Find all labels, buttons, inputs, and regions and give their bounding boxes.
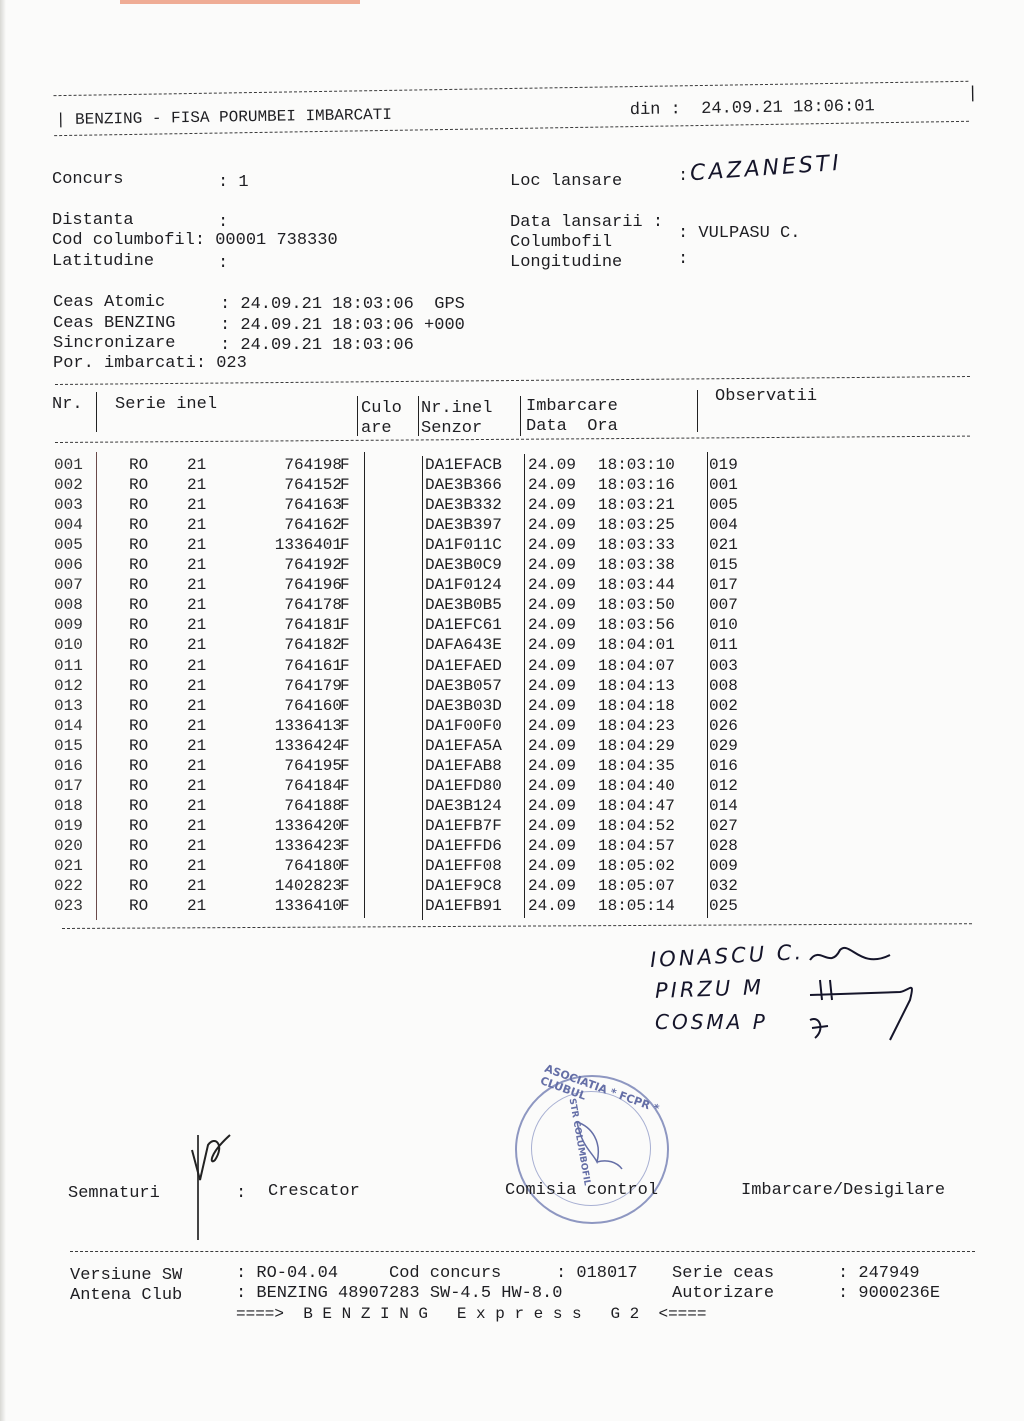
- row-senzor: DA1EF9C8: [425, 876, 502, 896]
- row-senzor: DA1EFC61: [425, 615, 502, 635]
- info-loc-lansare-sep: :: [678, 167, 688, 187]
- row-numar: 1336424: [232, 736, 342, 756]
- row-ora: 18:04:29: [598, 736, 675, 756]
- row-senzor: DAE3B0B5: [425, 595, 502, 615]
- row-nr: 015: [54, 736, 83, 756]
- row-sex: F: [340, 876, 350, 896]
- row-sex: F: [340, 635, 350, 655]
- info-data-lansarii: Data lansarii :: [510, 213, 663, 233]
- info-columbofil: Columbofil: [510, 233, 612, 253]
- signature-scribbles-icon: [800, 940, 960, 1050]
- row-tara: RO: [129, 575, 148, 595]
- row-sex: F: [340, 796, 350, 816]
- row-tara: RO: [129, 515, 148, 535]
- signature-crescator: Crescator: [268, 1182, 360, 1202]
- row-an: 21: [187, 876, 206, 896]
- row-sex: F: [340, 495, 350, 515]
- row-nr: 017: [54, 776, 83, 796]
- row-nr: 001: [54, 455, 83, 475]
- row-tara: RO: [129, 876, 148, 896]
- row-tara: RO: [129, 595, 148, 615]
- clock-benzing: Ceas BENZING: [53, 314, 175, 334]
- row-obs: 029: [709, 736, 738, 756]
- footer-serie-ceas-label: Serie ceas: [672, 1264, 774, 1284]
- row-data: 24.09: [528, 696, 576, 716]
- row-an: 21: [187, 475, 206, 495]
- row-ora: 18:04:07: [598, 656, 675, 676]
- row-an: 21: [187, 716, 206, 736]
- footer-versiune-label: Versiune SW: [70, 1266, 182, 1286]
- row-sex: F: [340, 595, 350, 615]
- row-sex: F: [340, 555, 350, 575]
- row-sex: F: [340, 896, 350, 916]
- clock-benzing-value: : 24.09.21 18:03:06 +000: [220, 316, 465, 336]
- footer-versiune-value: : RO-04.04: [236, 1264, 338, 1284]
- col-sep: [364, 452, 365, 918]
- row-an: 21: [187, 816, 206, 836]
- row-an: 21: [187, 555, 206, 575]
- col-imbarcare-1: Imbarcare: [526, 397, 618, 417]
- header-top-rule: [54, 81, 969, 96]
- row-numar: 764178: [232, 595, 342, 615]
- row-sex: F: [340, 575, 350, 595]
- info-loc-lansare: Loc lansare: [510, 172, 622, 192]
- row-data: 24.09: [528, 595, 576, 615]
- row-tara: RO: [129, 676, 148, 696]
- row-numar: 764162: [232, 515, 342, 535]
- col-sep: [520, 396, 521, 436]
- row-obs: 008: [709, 676, 738, 696]
- row-numar: 764188: [232, 796, 342, 816]
- row-senzor: DAE3B397: [425, 515, 502, 535]
- col-culoare-1: Culo: [361, 399, 402, 419]
- row-an: 21: [187, 595, 206, 615]
- footer-cod-concurs-label: Cod concurs: [389, 1264, 501, 1284]
- row-numar: 764182: [232, 635, 342, 655]
- row-nr: 019: [54, 816, 83, 836]
- row-obs: 017: [709, 575, 738, 595]
- row-ora: 18:04:47: [598, 796, 675, 816]
- row-tara: RO: [129, 475, 148, 495]
- row-an: 21: [187, 535, 206, 555]
- row-ora: 18:03:10: [598, 455, 675, 475]
- row-tara: RO: [129, 896, 148, 916]
- row-numar: 1336401: [232, 535, 342, 555]
- row-ora: 18:04:01: [598, 635, 675, 655]
- row-an: 21: [187, 836, 206, 856]
- row-tara: RO: [129, 736, 148, 756]
- row-tara: RO: [129, 656, 148, 676]
- info-loc-lansare-value: CAZANESTI: [689, 151, 842, 187]
- row-an: 21: [187, 575, 206, 595]
- table-header-rule: [55, 436, 970, 443]
- row-ora: 18:03:21: [598, 495, 675, 515]
- row-nr: 022: [54, 876, 83, 896]
- row-nr: 009: [54, 615, 83, 635]
- row-senzor: DAE3B332: [425, 495, 502, 515]
- row-ora: 18:05:07: [598, 876, 675, 896]
- row-an: 21: [187, 796, 206, 816]
- row-tara: RO: [129, 856, 148, 876]
- row-numar: 764184: [232, 776, 342, 796]
- stamp-seal: ASOCIATIA * FCPR * CLUBUL STR COLUMBOFIL: [515, 1075, 669, 1224]
- footer-antena-label: Antena Club: [70, 1286, 182, 1306]
- row-nr: 002: [54, 475, 83, 495]
- row-numar: 764192: [232, 555, 342, 575]
- info-concurs: Concurs: [52, 170, 123, 190]
- row-numar: 764179: [232, 676, 342, 696]
- row-senzor: DA1EFB7F: [425, 816, 502, 836]
- paper-left-edge: [0, 0, 6, 1421]
- row-an: 21: [187, 776, 206, 796]
- row-sex: F: [340, 475, 350, 495]
- row-an: 21: [187, 896, 206, 916]
- row-sex: F: [340, 736, 350, 756]
- row-sex: F: [340, 656, 350, 676]
- pigeon-icon: [567, 1117, 627, 1177]
- row-an: 21: [187, 856, 206, 876]
- row-data: 24.09: [528, 615, 576, 635]
- row-obs: 005: [709, 495, 738, 515]
- row-obs: 019: [709, 455, 738, 475]
- row-nr: 018: [54, 796, 83, 816]
- row-nr: 008: [54, 595, 83, 615]
- row-data: 24.09: [528, 656, 576, 676]
- row-data: 24.09: [528, 836, 576, 856]
- row-data: 24.09: [528, 796, 576, 816]
- row-obs: 028: [709, 836, 738, 856]
- row-obs: 011: [709, 635, 738, 655]
- row-nr: 003: [54, 495, 83, 515]
- row-data: 24.09: [528, 856, 576, 876]
- info-longitudine-sep: :: [678, 250, 688, 270]
- row-an: 21: [187, 676, 206, 696]
- row-senzor: DA1F00F0: [425, 716, 502, 736]
- row-numar: 1336420: [232, 816, 342, 836]
- row-ora: 18:04:23: [598, 716, 675, 736]
- row-nr: 021: [54, 856, 83, 876]
- signature-comisia-control: Comisia control: [505, 1181, 658, 1201]
- row-ora: 18:05:02: [598, 856, 675, 876]
- row-sex: F: [340, 836, 350, 856]
- row-tara: RO: [129, 716, 148, 736]
- col-culoare-2: are: [361, 419, 392, 439]
- row-obs: 016: [709, 756, 738, 776]
- clock-sincronizare-value: : 24.09.21 18:03:06: [220, 336, 414, 356]
- row-numar: 764163: [232, 495, 342, 515]
- row-numar: 1336423: [232, 836, 342, 856]
- row-an: 21: [187, 495, 206, 515]
- row-senzor: DA1EFD80: [425, 776, 502, 796]
- row-sex: F: [340, 816, 350, 836]
- row-nr: 013: [54, 696, 83, 716]
- col-sep: [422, 456, 423, 920]
- row-ora: 18:04:52: [598, 816, 675, 836]
- row-ora: 18:03:44: [598, 575, 675, 595]
- col-sep: [707, 452, 708, 918]
- row-tara: RO: [129, 836, 148, 856]
- row-nr: 014: [54, 716, 83, 736]
- row-tara: RO: [129, 455, 148, 475]
- row-nr: 007: [54, 575, 83, 595]
- clock-sincronizare: Sincronizare: [53, 334, 175, 354]
- row-obs: 001: [709, 475, 738, 495]
- row-sex: F: [340, 716, 350, 736]
- info-latitudine: Latitudine: [52, 252, 154, 272]
- row-nr: 010: [54, 635, 83, 655]
- commission-name-1: IONASCU C.: [649, 940, 804, 972]
- row-sex: F: [340, 615, 350, 635]
- row-data: 24.09: [528, 896, 576, 916]
- info-distanta-sep: :: [218, 213, 228, 233]
- row-obs: 025: [709, 896, 738, 916]
- col-sep: [524, 454, 525, 918]
- row-senzor: DAE3B057: [425, 676, 502, 696]
- din-value: 24.09.21 18:06:01: [701, 97, 875, 119]
- row-tara: RO: [129, 816, 148, 836]
- row-obs: 032: [709, 876, 738, 896]
- footer-brand-line: ====> B E N Z I N G E x p r e s s G 2 <=…: [236, 1304, 706, 1324]
- row-tara: RO: [129, 495, 148, 515]
- row-numar: 764152: [232, 475, 342, 495]
- row-tara: RO: [129, 535, 148, 555]
- row-obs: 009: [709, 856, 738, 876]
- row-nr: 011: [54, 656, 83, 676]
- header-title-text: BENZING - FISA PORUMBEI IMBARCATI: [75, 106, 392, 129]
- row-tara: RO: [129, 796, 148, 816]
- row-an: 21: [187, 696, 206, 716]
- commission-name-3: COSMA P: [655, 1010, 768, 1034]
- row-sex: F: [340, 515, 350, 535]
- header-din: din : 24.09.21 18:06:01: [630, 97, 875, 121]
- row-senzor: DAE3B366: [425, 475, 502, 495]
- row-senzor: DAE3B03D: [425, 696, 502, 716]
- row-numar: 1402823: [232, 876, 342, 896]
- col-nr: Nr.: [52, 395, 83, 415]
- footer-autorizare-label: Autorizare: [672, 1284, 774, 1304]
- row-sex: F: [340, 696, 350, 716]
- row-numar: 764181: [232, 615, 342, 635]
- row-data: 24.09: [528, 736, 576, 756]
- row-numar: 764196: [232, 575, 342, 595]
- row-senzor: DA1EFFD6: [425, 836, 502, 856]
- col-imbarcare-2: Data Ora: [526, 417, 618, 437]
- row-senzor: DA1EFAB8: [425, 756, 502, 776]
- row-sex: F: [340, 676, 350, 696]
- row-senzor: DAFA643E: [425, 635, 502, 655]
- row-senzor: DA1EFAED: [425, 656, 502, 676]
- row-ora: 18:04:18: [598, 696, 675, 716]
- row-obs: 003: [709, 656, 738, 676]
- row-senzor: DAE3B124: [425, 796, 502, 816]
- col-sep: [96, 452, 97, 920]
- row-senzor: DAE3B0C9: [425, 555, 502, 575]
- row-tara: RO: [129, 756, 148, 776]
- row-obs: 014: [709, 796, 738, 816]
- row-ora: 18:03:33: [598, 535, 675, 555]
- row-ora: 18:04:40: [598, 776, 675, 796]
- row-obs: 026: [709, 716, 738, 736]
- row-nr: 020: [54, 836, 83, 856]
- col-senzor-2: Senzor: [421, 419, 482, 439]
- info-columbofil-value: : VULPASU C.: [678, 224, 800, 244]
- row-sex: F: [340, 756, 350, 776]
- row-nr: 004: [54, 515, 83, 535]
- row-sex: F: [340, 535, 350, 555]
- col-observatii: Observatii: [715, 387, 817, 407]
- row-senzor: DA1EFB91: [425, 896, 502, 916]
- row-numar: 1336410: [232, 896, 342, 916]
- table-top-rule: [55, 376, 970, 385]
- footer-cod-concurs-value: : 018017: [556, 1264, 638, 1284]
- row-an: 21: [187, 736, 206, 756]
- row-data: 24.09: [528, 555, 576, 575]
- col-serie-inel: Serie inel: [115, 395, 217, 415]
- row-numar: 1336413: [232, 716, 342, 736]
- row-sex: F: [340, 455, 350, 475]
- footer-serie-ceas-value: : 247949: [838, 1264, 920, 1284]
- row-an: 21: [187, 635, 206, 655]
- row-senzor: DA1EFACB: [425, 455, 502, 475]
- signature-imbarcare-desigilare: Imbarcare/Desigilare: [741, 1181, 945, 1201]
- row-ora: 18:04:13: [598, 676, 675, 696]
- row-ora: 18:04:35: [598, 756, 675, 776]
- row-nr: 012: [54, 676, 83, 696]
- col-sep: [697, 390, 698, 432]
- row-data: 24.09: [528, 475, 576, 495]
- row-senzor: DA1EFA5A: [425, 736, 502, 756]
- row-data: 24.09: [528, 515, 576, 535]
- row-obs: 012: [709, 776, 738, 796]
- row-tara: RO: [129, 615, 148, 635]
- row-data: 24.09: [528, 495, 576, 515]
- col-sep: [96, 392, 97, 432]
- row-an: 21: [187, 756, 206, 776]
- row-obs: 002: [709, 696, 738, 716]
- row-nr: 016: [54, 756, 83, 776]
- row-nr: 006: [54, 555, 83, 575]
- paper-edge-band: [120, 0, 360, 4]
- col-sep: [357, 396, 358, 436]
- row-data: 24.09: [528, 756, 576, 776]
- row-sex: F: [340, 856, 350, 876]
- row-tara: RO: [129, 635, 148, 655]
- col-sep: [418, 396, 419, 436]
- row-numar: 764195: [232, 756, 342, 776]
- row-ora: 18:03:25: [598, 515, 675, 535]
- row-nr: 023: [54, 896, 83, 916]
- row-ora: 18:03:50: [598, 595, 675, 615]
- row-tara: RO: [129, 696, 148, 716]
- info-longitudine: Longitudine: [510, 253, 622, 273]
- header-right-bar: |: [967, 85, 978, 105]
- row-ora: 18:04:57: [598, 836, 675, 856]
- info-cod-columbofil: Cod columbofil: 00001 738330: [52, 231, 338, 251]
- row-senzor: DA1EFF08: [425, 856, 502, 876]
- signatures-sep: :: [236, 1184, 246, 1204]
- row-ora: 18:05:14: [598, 896, 675, 916]
- row-data: 24.09: [528, 876, 576, 896]
- row-an: 21: [187, 656, 206, 676]
- row-data: 24.09: [528, 716, 576, 736]
- row-data: 24.09: [528, 455, 576, 475]
- row-sex: F: [340, 776, 350, 796]
- row-ora: 18:03:16: [598, 475, 675, 495]
- commission-name-2: PIRZU M: [655, 975, 765, 1003]
- row-numar: 764180: [232, 856, 342, 876]
- din-label: din :: [630, 100, 681, 120]
- row-senzor: DA1F0124: [425, 575, 502, 595]
- footer-antena-value: : BENZING 48907283 SW-4.5 HW-8.0: [236, 1284, 562, 1304]
- clock-atomic: Ceas Atomic: [53, 293, 165, 313]
- info-distanta: Distanta: [52, 211, 134, 231]
- signatures-label: Semnaturi: [68, 1184, 160, 1204]
- row-data: 24.09: [528, 816, 576, 836]
- row-data: 24.09: [528, 635, 576, 655]
- row-an: 21: [187, 615, 206, 635]
- row-data: 24.09: [528, 535, 576, 555]
- row-data: 24.09: [528, 575, 576, 595]
- row-data: 24.09: [528, 676, 576, 696]
- row-an: 21: [187, 455, 206, 475]
- row-ora: 18:03:38: [598, 555, 675, 575]
- row-obs: 015: [709, 555, 738, 575]
- row-obs: 010: [709, 615, 738, 635]
- header-title: | BENZING - FISA PORUMBEI IMBARCATI: [56, 105, 392, 130]
- footer-rule: [70, 1251, 975, 1252]
- row-obs: 004: [709, 515, 738, 535]
- info-concurs-value: : 1: [218, 173, 249, 193]
- row-ora: 18:03:56: [598, 615, 675, 635]
- crescator-signature-icon: [180, 1130, 240, 1245]
- row-numar: 764161: [232, 656, 342, 676]
- row-senzor: DA1F011C: [425, 535, 502, 555]
- footer-autorizare-value: : 9000236E: [838, 1284, 940, 1304]
- row-obs: 007: [709, 595, 738, 615]
- row-tara: RO: [129, 555, 148, 575]
- porumbei-imbarcati: Por. imbarcati: 023: [53, 354, 247, 374]
- row-an: 21: [187, 515, 206, 535]
- row-obs: 021: [709, 535, 738, 555]
- table-bottom-rule: [62, 923, 972, 929]
- info-latitudine-sep: :: [218, 254, 228, 274]
- clock-atomic-value: : 24.09.21 18:03:06 GPS: [220, 295, 465, 315]
- row-nr: 005: [54, 535, 83, 555]
- row-numar: 764198: [232, 455, 342, 475]
- row-numar: 764160: [232, 696, 342, 716]
- row-data: 24.09: [528, 776, 576, 796]
- row-obs: 027: [709, 816, 738, 836]
- row-tara: RO: [129, 776, 148, 796]
- col-senzor-1: Nr.inel: [421, 399, 492, 419]
